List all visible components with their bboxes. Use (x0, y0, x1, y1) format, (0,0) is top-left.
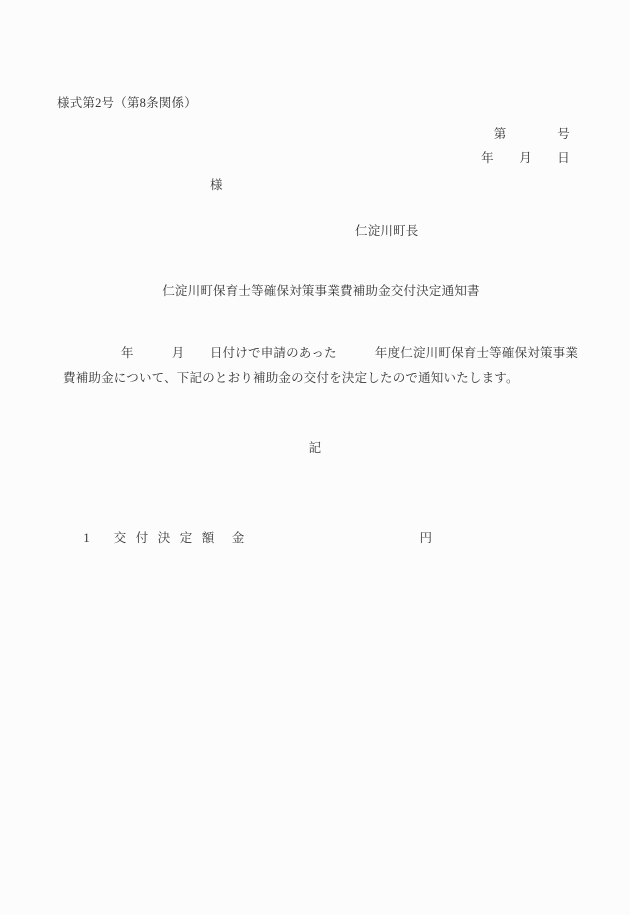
issue-date-blank-line: 年 月 日 (481, 149, 570, 167)
document-number-blank-line: 第 号 (494, 125, 570, 143)
amount-prefix-yen-kanji: 金 (232, 531, 245, 545)
document-title: 仁淀川町保育士等確保対策事業費補助金交付決定通知書 (12, 282, 630, 300)
body-paragraph-line-2: 費補助金について、下記のとおり補助金の交付を決定したので通知いたします。 (63, 369, 519, 387)
grant-decision-amount-item: 1交付決定額金円 (70, 511, 432, 565)
body-paragraph-line-1: 年 月 日付けで申請のあった 年度仁淀川町保育士等確保対策事業 (121, 344, 578, 362)
addressee-honorific: 様 (210, 176, 223, 194)
document-page: 様式第2号（第8条関係） 第 号 年 月 日 様 仁淀川町長 仁淀川町保育士等確… (0, 0, 630, 915)
form-number-label: 様式第2号（第8条関係） (57, 94, 197, 112)
record-marker: 記 (0, 439, 630, 457)
amount-suffix-yen-unit: 円 (419, 531, 432, 545)
item-label-grant-decision-amount: 交付決定額 (114, 531, 224, 545)
item-number: 1 (83, 531, 89, 545)
sender-title: 仁淀川町長 (355, 222, 419, 240)
